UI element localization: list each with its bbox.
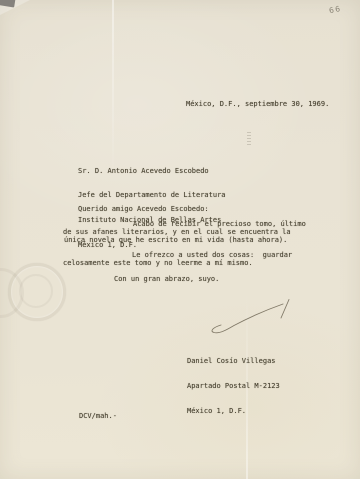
letter-page: 66 México, D.F., septiembre 30, 1969. Sr… bbox=[0, 0, 360, 479]
closing-line: Con un gran abrazo, suyo. bbox=[114, 275, 219, 283]
recipient-title: Jefe del Departamento de Literatura bbox=[78, 191, 226, 199]
body-paragraph2-line2: celosamente este tomo y no leerme a mí m… bbox=[63, 259, 253, 267]
body-paragraph2-line1: Le ofrezco a usted dos cosas: guardar bbox=[132, 251, 292, 259]
recipient-name: Sr. D. Antonio Acevedo Escobedo bbox=[78, 167, 226, 175]
body-paragraph1-line1: Acabo de recibir el precioso tomo, últim… bbox=[133, 220, 306, 228]
sender-po-box: Apartado Postal M-2123 bbox=[187, 382, 280, 390]
paper-corner-highlight bbox=[0, 0, 30, 15]
sender-city: México 1, D.F. bbox=[187, 407, 280, 415]
salutation: Querido amigo Acevedo Escobedo: bbox=[78, 205, 209, 213]
body-paragraph1-line3: única novela que he escrito en mi vida (… bbox=[64, 236, 287, 244]
pencil-smudge bbox=[247, 132, 251, 145]
dateline: México, D.F., septiembre 30, 1969. bbox=[186, 100, 329, 108]
signature-block: Daniel Cosío Villegas Apartado Postal M-… bbox=[187, 341, 280, 432]
sender-name: Daniel Cosío Villegas bbox=[187, 357, 280, 365]
body-paragraph1-line2: de sus afanes literarios, y en el cual s… bbox=[63, 228, 291, 236]
pencil-page-number: 66 bbox=[328, 4, 342, 15]
handwritten-signature bbox=[205, 298, 305, 334]
reference-initials: DCV/mah.- bbox=[79, 412, 117, 420]
embossed-seal-inner-ring bbox=[19, 274, 53, 308]
